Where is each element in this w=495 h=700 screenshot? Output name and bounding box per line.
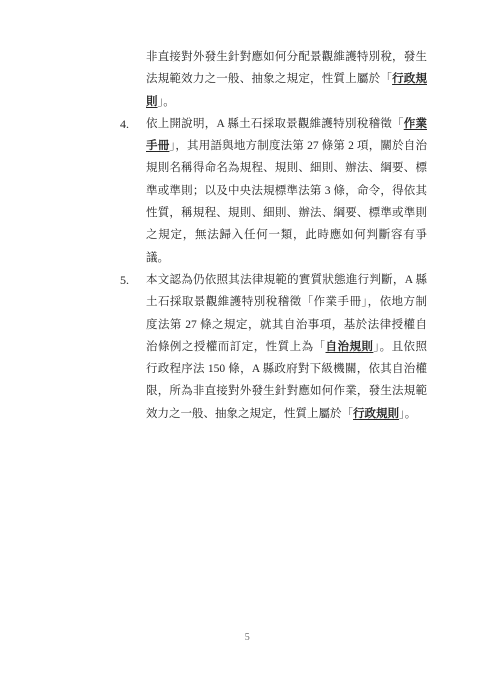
text-segment: 依上開說明，A 縣土石採取景觀維護特別稅稽徵「 [146,118,404,130]
text-segment: 」。 [158,96,175,108]
paragraph: 4.依上開說明，A 縣土石採取景觀維護特別稅稽徵「作業手冊」，其用語與地方制度法… [120,113,427,269]
list-marker: 4. [120,113,146,135]
paragraph: 非直接對外發生針對應如何分配景觀維護特別稅，發生法規範效力之一般、抽象之規定，性… [120,46,427,113]
paragraph-text: 本文認為仍依照其法律規範的實質狀態進行判斷，A 縣土石採取景觀維護特別稅稽徵「作… [146,269,427,425]
paragraph-text: 依上開說明，A 縣土石採取景觀維護特別稅稽徵「作業手冊」，其用語與地方制度法第 … [146,113,427,269]
emphasized-term: 行政規則 [353,408,399,420]
text-segment: 」，其用語與地方制度法第 27 條第 2 項，關於自治規則名稱得命名為規程、規則… [146,140,427,263]
document-page: 非直接對外發生針對應如何分配景觀維護特別稅，發生法規範效力之一般、抽象之規定，性… [0,0,495,700]
paragraph-text: 非直接對外發生針對應如何分配景觀維護特別稅，發生法規範效力之一般、抽象之規定，性… [146,46,427,113]
paragraph: 5.本文認為仍依照其法律規範的實質狀態進行判斷，A 縣土石採取景觀維護特別稅稽徵… [120,269,427,425]
document-body: 非直接對外發生針對應如何分配景觀維護特別稅，發生法規範效力之一般、抽象之規定，性… [120,46,427,425]
emphasized-term: 自治規則 [326,341,374,353]
text-segment: 非直接對外發生針對應如何分配景觀維護特別稅，發生法規範效力之一般、抽象之規定，性… [146,51,427,85]
list-marker: 5. [120,269,146,291]
text-segment: 」。 [399,408,416,420]
page-number: 5 [0,632,495,643]
